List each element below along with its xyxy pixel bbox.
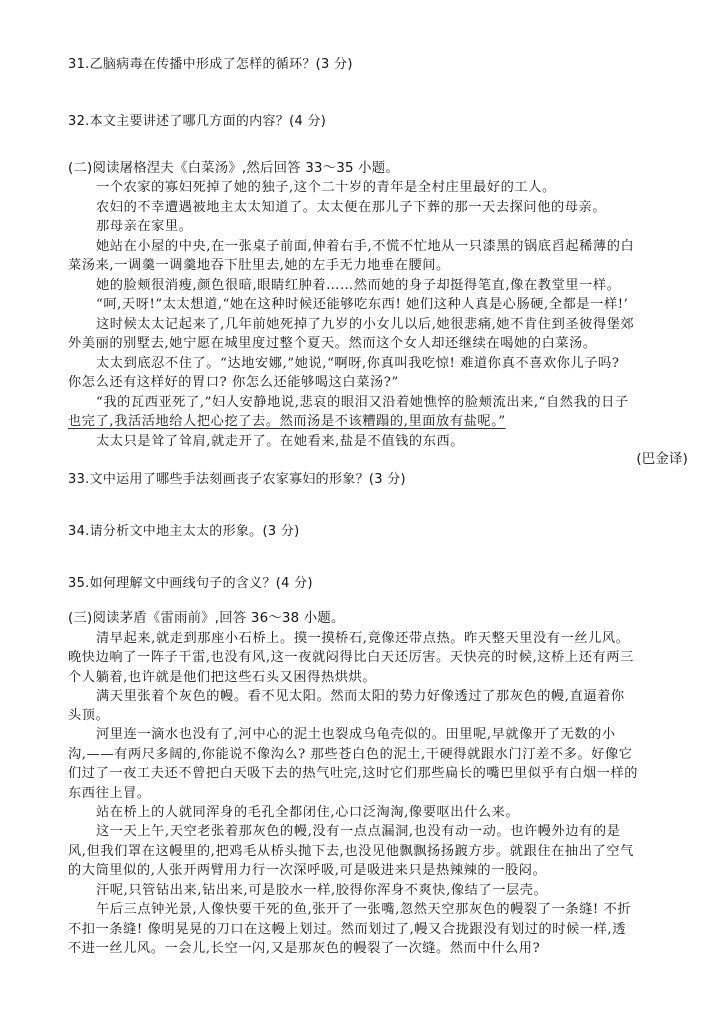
passage-line: 她站在小屋的中央,在一张桌子前面,伸着右手,不慌不忙地从一只漆黑的锅底舀起稀薄的… bbox=[96, 238, 634, 256]
passage-line: 外美丽的别墅去,她宁愿在城里度过整个夏天。然而这个女人却还继续在喝她的白菜汤。 bbox=[68, 335, 597, 353]
question-31: 31.乙脑病毒在传播中形成了怎样的循环？(3 分) bbox=[68, 56, 353, 74]
passage-line: 满天里张着个灰色的幔。看不见太阳。然而太阳的势力好像透过了那灰色的幔,直逼着你 bbox=[96, 688, 625, 706]
passage-line: 你怎么还有这样好的胃口? 你怎么还能够喝这白菜汤?” bbox=[68, 374, 399, 392]
passage-line: 头顶。 bbox=[68, 707, 109, 725]
passage-line: 汗呢,只管钻出来,钻出来,可是胶水一样,胶得你浑身不爽快,像结了一层壳。 bbox=[96, 882, 547, 900]
passage-line: 这时候太太记起来了,几年前她死掉了九岁的小女儿以后,她很悲痛,她不肯住到圣彼得堡… bbox=[96, 316, 634, 334]
question-33: 33.文中运用了哪些手法刻画丧子农家寡妇的形象？(3 分) bbox=[68, 471, 406, 489]
passage-line: 太太到底忍不住了。“达地安娜,”她说,“啊呀,你真叫我吃惊! 难道你真不喜欢你儿… bbox=[96, 355, 620, 373]
exam-page: 31.乙脑病毒在传播中形成了怎样的循环？(3 分) 32.本文主要讲述了哪几方面… bbox=[0, 0, 720, 1018]
passage-line: 农妇的不幸遭遇被地主太太知道了。太太便在那儿子下葬的那一天去探问他的母亲。 bbox=[96, 199, 606, 217]
passage-line: 河里连一滴水也没有了,河中心的泥土也裂成乌龟壳似的。田里呢,早就像开了无数的小 bbox=[96, 726, 616, 744]
passage-line: 站在桥上的人就同浑身的毛孔全都闭住,心口泛淘淘,像要呕出什么来。 bbox=[96, 804, 519, 822]
section-2-heading: (二)阅读屠格涅夫《白菜汤》,然后回答 33～35 小题。 bbox=[68, 160, 399, 178]
passage-line: 午后三点钟光景,人像快要干死的鱼,张开了一张嘴,忽然天空那灰色的幔裂了一条缝! … bbox=[96, 901, 631, 919]
passage-line: 晚快边响了一阵子干雷,也没有风,这一夜就闷得比白天还厉害。天快亮的时候,这桥上还… bbox=[68, 649, 634, 667]
passage-line: 她的脸颊很消瘦,颜色很暗,眼睛红肿着……然而她的身子却挺得笔直,像在教堂里一样。 bbox=[96, 277, 621, 295]
passage-line: 这一天上午,天空老张着那灰色的幔,没有一点点漏洞,也没有动一动。也许幔外边有的是 bbox=[96, 823, 621, 841]
passage-line: 那母亲在家里。 bbox=[96, 218, 193, 236]
passage-line: 太太只是耸了耸肩,就走开了。在她看来,盐是不值钱的东西。 bbox=[96, 433, 464, 451]
passage-line: 风,但我们罩在这幔里的,把鸡毛从桥头抛下去,也没见他飘飘扬扬踱方步。就跟住在抽出… bbox=[68, 843, 634, 861]
passage-line: 个人躺着,也许就是他们把这些石头又困得热烘烘。 bbox=[68, 669, 376, 687]
passage-line: 们过了一夜工夫还不曾把白天吸下去的热气吐完,这时它们那些扁长的嘴巴里似乎有白烟一… bbox=[68, 765, 638, 783]
passage-line: “呵,天呀!”太太想道,“她在这种时候还能够吃东西! 她们这种人真是心肠硬,全都… bbox=[96, 296, 628, 314]
translator-credit: (巴金译) bbox=[636, 451, 688, 469]
question-32: 32.本文主要讲述了哪几方面的内容？(4 分) bbox=[68, 113, 326, 131]
passage-line: 的大筒里似的,人张开两臂用力行一次深呼吸,可是吸进来只是热辣辣的一股闷。 bbox=[68, 862, 546, 880]
question-35: 35.如何理解文中画线句子的含义？(4 分) bbox=[68, 575, 313, 593]
passage-line: 不进一丝儿风。一会儿,长空一闪,又是那灰色的幔裂了一次缝。然而中什么用? bbox=[68, 940, 540, 958]
underlined-sentence: 也完了,我活活地给人把心挖了去。然而汤是不该糟蹋的,里面放有盐呢。” bbox=[68, 413, 506, 431]
passage-line: 菜汤来,一调羹一调羹地吞下肚里去,她的左手无力地垂在腰间。 bbox=[68, 257, 450, 275]
passage-line: 清早起来,就走到那座小石桥上。摸一摸桥石,竟像还带点热。昨天整天里没有一丝儿风。 bbox=[96, 630, 630, 648]
passage-line: 沟,——有两尺多阔的,你能说不像沟么? 那些苍白色的泥土,干硬得就跟水门汀差不多… bbox=[68, 746, 633, 764]
question-34: 34.请分析文中地主太太的形象。(3 分) bbox=[68, 523, 300, 541]
passage-line: 东西往上冒。 bbox=[68, 785, 151, 803]
passage-line: 一个农家的寡妇死掉了她的独子,这个二十岁的青年是全村庄里最好的工人。 bbox=[96, 179, 556, 197]
passage-line: 不扣一条缝! 像明晃晃的刀口在这幔上划过。然而划过了,幔又合拢跟没有划过的时候一… bbox=[68, 921, 626, 939]
section-3-heading: (三)阅读茅盾《雷雨前》,回答 36～38 小题。 bbox=[68, 610, 345, 628]
passage-line: “我的瓦西亚死了,”妇人安静地说,悲哀的眼泪又沿着她憔悴的脸颊流出来,“自然我的… bbox=[96, 394, 629, 412]
